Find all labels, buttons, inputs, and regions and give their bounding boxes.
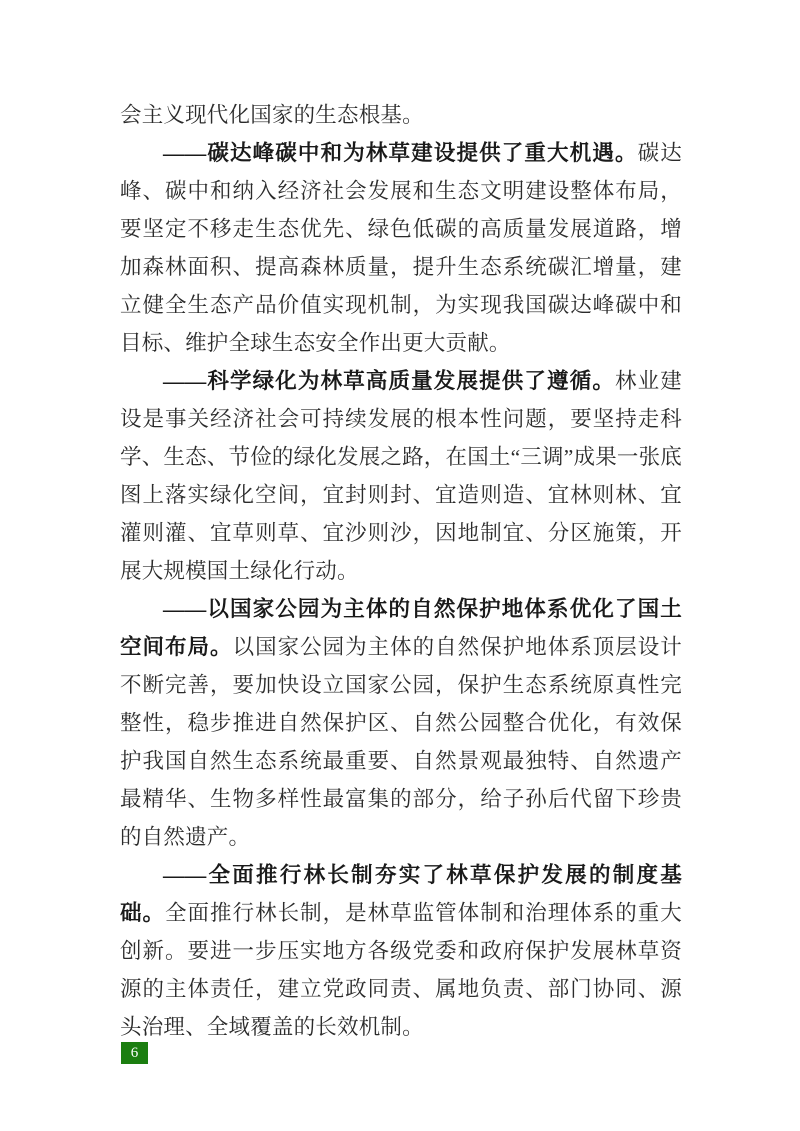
paragraph-text: 林业建设是事关经济社会可持续发展的根本性问题，要坚持走科学、生态、节俭的绿化发展… (120, 369, 682, 583)
page-number-badge: 6 (121, 1042, 148, 1064)
paragraph-lead: ——碳达峰碳中和为林草建设提供了重大机遇。 (163, 141, 638, 165)
paragraph: ——科学绿化为林草高质量发展提供了遵循。林业建设是事关经济社会可持续发展的根本性… (120, 362, 682, 590)
paragraph-text: 全面推行林长制，是林草监管体制和治理体系的重大创新。要进一步压实地方各级党委和政… (120, 901, 682, 1039)
paragraph-lead: ——科学绿化为林草高质量发展提供了遵循。 (163, 369, 615, 393)
paragraph: ——全面推行林长制夯实了林草保护发展的制度基础。全面推行林长制，是林草监管体制和… (120, 856, 682, 1046)
paragraph-text: 碳达峰、碳中和纳入经济社会发展和生态文明建设整体布局，要坚定不移走生态优先、绿色… (120, 141, 682, 355)
paragraph: 会主义现代化国家的生态根基。 (120, 96, 682, 134)
paragraph-text: 以国家公园为主体的自然保护地体系顶层设计不断完善，要加快设立国家公园，保护生态系… (120, 635, 682, 849)
paragraph: ——碳达峰碳中和为林草建设提供了重大机遇。碳达峰、碳中和纳入经济社会发展和生态文… (120, 134, 682, 362)
document-page: 会主义现代化国家的生态根基。 ——碳达峰碳中和为林草建设提供了重大机遇。碳达峰、… (0, 0, 800, 1131)
paragraph-text: 会主义现代化国家的生态根基。 (120, 103, 424, 127)
page-body-text: 会主义现代化国家的生态根基。 ——碳达峰碳中和为林草建设提供了重大机遇。碳达峰、… (120, 96, 682, 1046)
paragraph: ——以国家公园为主体的自然保护地体系优化了国土空间布局。以国家公园为主体的自然保… (120, 590, 682, 856)
